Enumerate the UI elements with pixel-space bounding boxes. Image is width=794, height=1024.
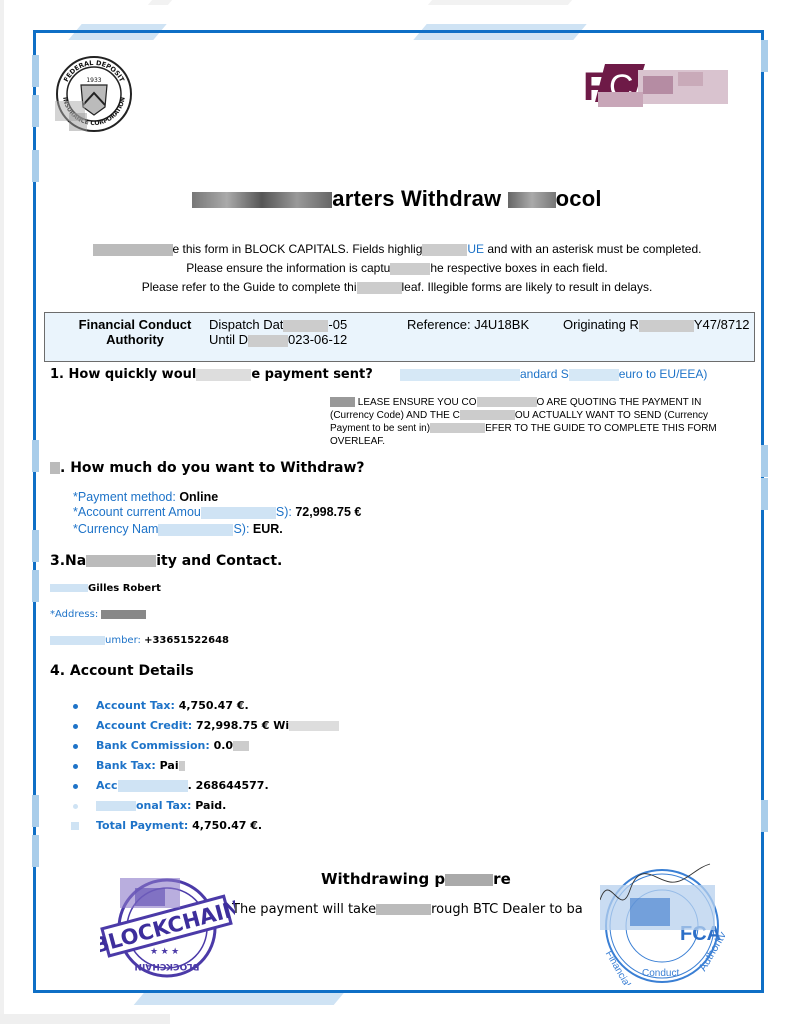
redaction <box>422 244 467 256</box>
authority-name: Financial Conduct Authority <box>65 317 205 347</box>
withdrawing-text: The payment will takerough BTC Dealer to… <box>232 902 583 917</box>
decorative-shape <box>148 0 172 5</box>
account-details-list: Account Tax: 4,750.47 €. Account Credit:… <box>65 696 339 836</box>
redaction <box>477 397 537 407</box>
contact-name: Gilles Robert <box>50 583 161 594</box>
border-tick <box>32 95 39 127</box>
svg-text:Conduct: Conduct <box>642 968 679 979</box>
list-item: Acc. 268644577. <box>65 776 339 796</box>
instructions: e this form in BLOCK CAPITALS. Fields hi… <box>0 240 794 297</box>
redaction <box>283 320 328 332</box>
redaction <box>445 874 493 886</box>
redaction <box>50 636 105 645</box>
field-account-amount: *Account current AmouS): 72,998.75 € <box>73 505 361 520</box>
svg-text:★ ★ ★: ★ ★ ★ <box>150 946 179 956</box>
redaction <box>233 741 249 751</box>
bullet-icon <box>73 744 78 749</box>
svg-text:BLOCKCHAIN: BLOCKCHAIN <box>134 961 199 971</box>
redaction <box>158 524 233 536</box>
bullet-icon <box>73 764 78 769</box>
border-tick <box>32 530 39 562</box>
svg-text:1933: 1933 <box>86 77 101 84</box>
redaction <box>201 507 276 519</box>
instruction-line: e this form in BLOCK CAPITALS. Fields hi… <box>0 240 794 259</box>
list-item: Account Tax: 4,750.47 €. <box>65 696 339 716</box>
list-item: Bank Commission: 0.0 <box>65 736 339 756</box>
list-item: Bank Tax: Pai <box>65 756 339 776</box>
border-tick <box>761 40 768 72</box>
instruction-line: Please ensure the information is captuhe… <box>0 259 794 278</box>
bullet-icon <box>73 704 78 709</box>
field-payment-method: *Payment method: Online <box>73 490 361 505</box>
redaction <box>330 397 355 407</box>
redaction <box>101 610 146 619</box>
redaction <box>639 320 694 332</box>
border-tick <box>32 570 39 602</box>
redaction <box>50 462 60 474</box>
decorative-shape <box>428 0 572 5</box>
redaction <box>196 369 251 381</box>
redaction <box>357 282 402 294</box>
blockchain-stamp-icon: BLOCKCHAIN BLOCKCHAIN ★ ★ ★ <box>100 870 235 980</box>
title-text: arters Withdraw <box>332 186 501 211</box>
instruction-line: Please refer to the Guide to complete th… <box>0 278 794 297</box>
fdic-seal-icon: 1933 FEDERAL DEPOSIT INSURANCE CORPORATI… <box>55 55 133 133</box>
border-tick <box>32 835 39 867</box>
redaction <box>569 369 619 381</box>
currency-notice: LEASE ENSURE YOU COO ARE QUOTING THE PAY… <box>330 396 750 448</box>
withdraw-fields: *Payment method: Online *Account current… <box>73 490 361 537</box>
redaction <box>86 555 156 567</box>
list-item: Total Payment: 4,750.47 €. <box>65 816 339 836</box>
bullet-icon <box>73 724 78 729</box>
border-tick <box>761 800 768 832</box>
redaction <box>508 192 556 208</box>
section-2-heading: . How much do you want to Withdraw? <box>50 460 365 476</box>
title-suffix: ocol <box>556 186 602 211</box>
redaction <box>460 410 515 420</box>
redaction <box>400 369 520 381</box>
redaction <box>96 801 136 811</box>
list-item: onal Tax: Paid. <box>65 796 339 816</box>
bullet-icon <box>73 804 78 809</box>
page-edge <box>0 0 4 1024</box>
fca-logo-icon: F C <box>583 62 728 107</box>
bullet-icon <box>71 822 79 830</box>
section-1-heading: 1. How quickly woule payment sent? <box>50 367 373 382</box>
svg-text:Financial: Financial <box>603 949 633 985</box>
border-tick <box>32 55 39 87</box>
contact-phone: umber: +33651522648 <box>50 635 229 646</box>
redaction <box>192 192 332 208</box>
reference: Reference: J4U18BK <box>407 317 529 332</box>
section-4-heading: 4. Account Details <box>50 663 194 679</box>
redaction <box>118 780 188 792</box>
page-edge <box>0 1014 170 1024</box>
border-tick <box>761 445 768 477</box>
border-tick <box>32 440 39 472</box>
contact-address: *Address: <box>50 609 146 620</box>
redaction <box>248 335 288 347</box>
payment-speed-answer: andard Seuro to EU/EEA) <box>400 367 707 381</box>
field-currency-name: *Currency NamS): EUR. <box>73 522 361 537</box>
border-tick <box>32 795 39 827</box>
dates: Dispatch Dat-05 Until D023-06-12 <box>209 317 347 347</box>
redaction <box>93 244 173 256</box>
border-tick <box>761 478 768 510</box>
redaction <box>390 263 430 275</box>
section-3-heading: 3.Naity and Contact. <box>50 553 282 569</box>
list-item: Account Credit: 72,998.75 € Wi <box>65 716 339 736</box>
originating-reference: Originating RY47/8712 <box>563 317 750 332</box>
border-tick <box>32 150 39 182</box>
redaction <box>430 423 485 433</box>
redaction <box>179 761 185 771</box>
page-title: arters Withdraw ocol <box>0 186 794 212</box>
redaction <box>50 584 88 592</box>
redaction <box>376 904 431 915</box>
fca-seal-stamp-icon: FCA Conduct Financial Authority <box>600 860 725 985</box>
redaction <box>289 721 339 731</box>
bullet-icon <box>73 784 78 789</box>
info-box: Financial Conduct Authority Dispatch Dat… <box>44 312 755 362</box>
withdrawing-heading: Withdrawing pre <box>321 870 511 888</box>
